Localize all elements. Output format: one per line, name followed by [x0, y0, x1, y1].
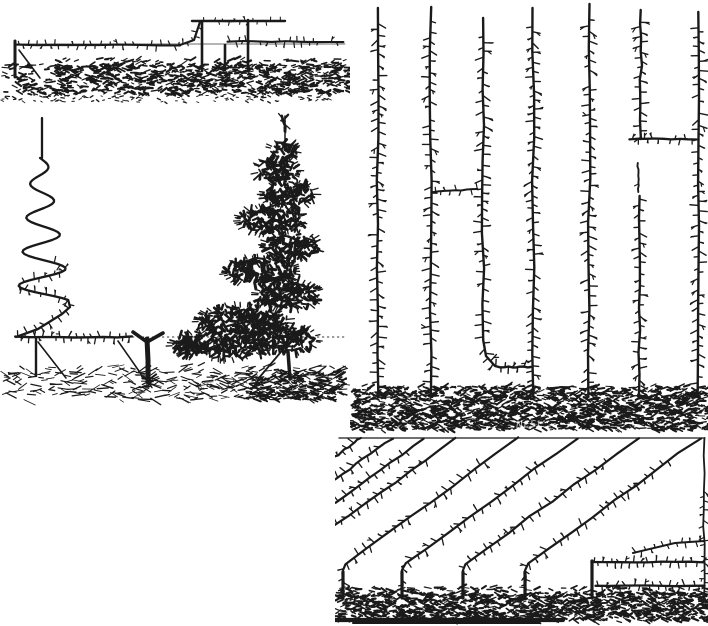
panel-vertical-cordons: NESt [350, 0, 708, 437]
panel-spiral-cordon-and-spindle [0, 108, 350, 408]
engraver-signature: NESt [516, 419, 542, 430]
engraving-plate: NESt [0, 0, 708, 626]
panel-horizontal-cordon [0, 0, 350, 106]
panel-oblique-cordons [335, 435, 708, 626]
